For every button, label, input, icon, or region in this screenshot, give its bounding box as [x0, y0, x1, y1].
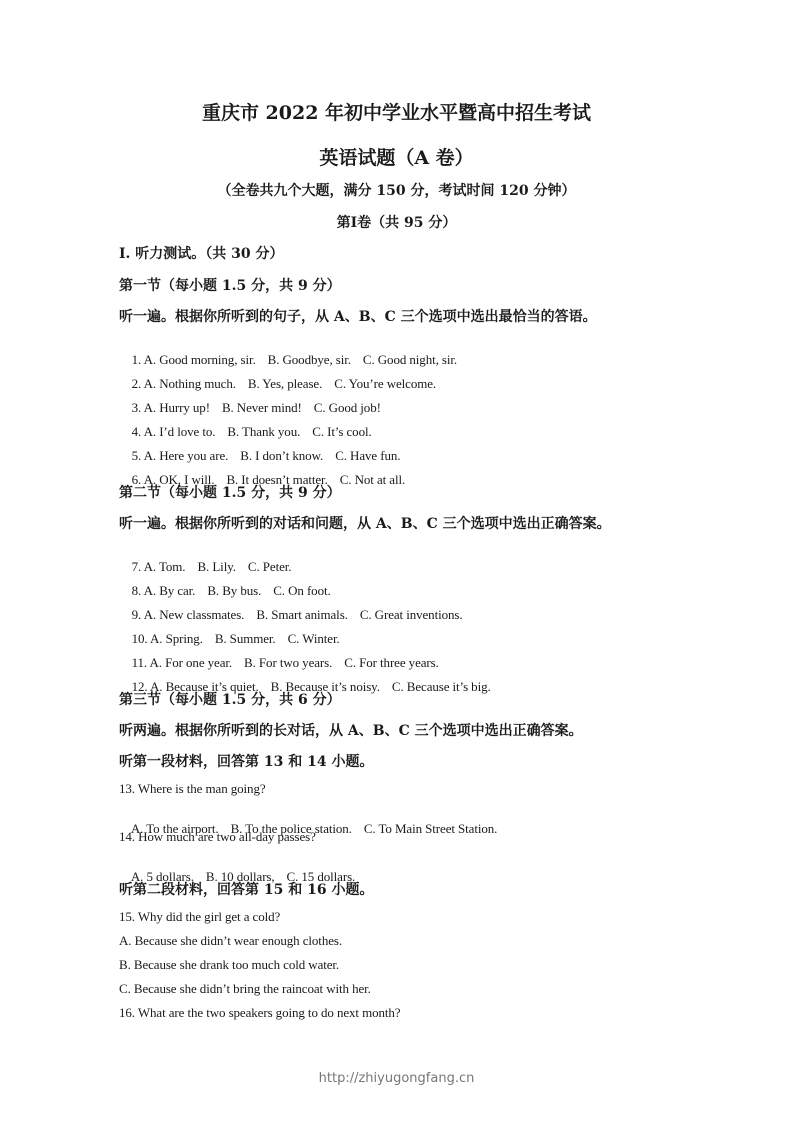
exam-title: 重庆市 2022 年初中学业水平暨高中招生考试 — [0, 98, 793, 125]
question-15-option-a: A. Because she didn’t wear enough clothe… — [119, 933, 342, 949]
exam-note: （全卷共九个大题，满分 150 分，考试时间 120 分钟） — [0, 180, 793, 200]
section3-instruction: 听两遍。根据你所听到的长对话，从 A、B、C 三个选项中选出正确答案。 — [119, 720, 583, 740]
part1-heading: Ⅰ. 听力测试。（共 30 分） — [119, 243, 284, 263]
volume-heading: 第Ⅰ卷（共 95 分） — [0, 212, 793, 232]
section1-heading: 第一节（每小题 1.5 分，共 9 分） — [119, 275, 341, 295]
question-13-stem: 13. Where is the man going? — [119, 781, 266, 797]
question-15-option-c: C. Because she didn’t bring the raincoat… — [119, 981, 371, 997]
question-16-stem: 16. What are the two speakers going to d… — [119, 1005, 400, 1021]
option-c: C. Not at all. — [340, 472, 405, 487]
footer-url[interactable]: http://zhiyugongfang.cn — [0, 1071, 793, 1086]
question-15-stem: 15. Why did the girl get a cold? — [119, 909, 280, 925]
section1-instruction: 听一遍。根据你所听到的句子，从 A、B、C 三个选项中选出最恰当的答语。 — [119, 306, 597, 326]
option-c: C. Because it’s big. — [392, 679, 491, 694]
option-c: C. Great inventions. — [360, 607, 463, 622]
question-15-option-b: B. Because she drank too much cold water… — [119, 957, 339, 973]
question-14-stem: 14. How much are two all-day passes? — [119, 829, 316, 845]
exam-subtitle: 英语试题（A 卷） — [0, 143, 793, 170]
material2-heading: 听第二段材料，回答第 15 和 16 小题。 — [119, 879, 373, 899]
section2-instruction: 听一遍。根据你所听到的对话和问题，从 A、B、C 三个选项中选出正确答案。 — [119, 513, 611, 533]
material1-heading: 听第一段材料，回答第 13 和 14 小题。 — [119, 751, 373, 771]
section3-heading: 第三节（每小题 1.5 分，共 6 分） — [119, 689, 341, 709]
option-c: C. To Main Street Station. — [364, 821, 497, 836]
exam-page: 重庆市 2022 年初中学业水平暨高中招生考试 英语试题（A 卷） （全卷共九个… — [0, 0, 793, 1122]
section2-heading: 第二节（每小题 1.5 分，共 9 分） — [119, 482, 341, 502]
